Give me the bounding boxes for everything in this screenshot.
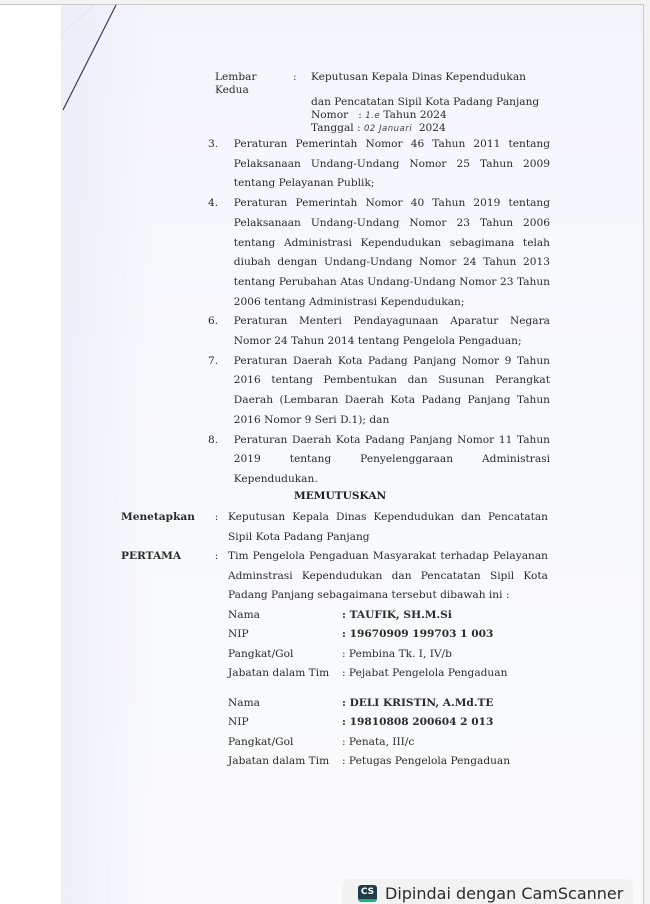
tanggal-handwritten: 02 Januari <box>364 124 412 134</box>
jabatan-label: Jabatan dalam Tim <box>228 664 342 683</box>
document-header: Lembar Kedua : Keputusan Kepala Dinas Ke… <box>215 71 543 136</box>
tanggal-year: 2024 <box>419 122 446 134</box>
memutuskan-heading: MEMUTUSKAN <box>294 490 386 502</box>
list-item: 3. Peraturan Pemerintah Nomor 46 Tahun 2… <box>205 135 550 194</box>
tanggal-label: Tanggal <box>311 122 354 134</box>
person-1: Nama: TAUFIK, SH.M.Si NIP: 19670909 1997… <box>228 606 548 683</box>
legal-basis-list: 3. Peraturan Pemerintah Nomor 46 Tahun 2… <box>205 135 550 490</box>
item-text: Peraturan Daerah Kota Padang Panjang Nom… <box>234 352 550 431</box>
nip-label: NIP <box>228 625 342 644</box>
jabatan-label: Jabatan dalam Tim <box>228 752 342 771</box>
nip-value: : 19670909 199703 1 003 <box>342 625 542 644</box>
nama-value: : DELI KRISTIN, A.Md.TE <box>342 694 542 713</box>
item-number: 6. <box>205 312 234 351</box>
nama-label: Nama <box>228 694 342 713</box>
list-item: 8. Peraturan Daerah Kota Padang Panjang … <box>205 431 550 490</box>
lembar-label: Lembar Kedua <box>215 71 293 96</box>
list-item: 7. Peraturan Daerah Kota Padang Panjang … <box>205 352 550 431</box>
keputusan-title-1: Keputusan Kepala Dinas Kependudukan <box>311 71 543 96</box>
item-number: 3. <box>205 135 234 194</box>
person-2: Nama: DELI KRISTIN, A.Md.TE NIP: 1981080… <box>228 694 548 771</box>
nip-label: NIP <box>228 713 342 732</box>
tanggal-line: Tanggal : 02 Januari 2024 <box>311 122 543 136</box>
pangkat-label: Pangkat/Gol <box>228 645 342 664</box>
pertama-colon: : <box>205 547 228 606</box>
jabatan-value: : Pejabat Pengelola Pengaduan <box>342 664 542 683</box>
menetapkan-colon: : <box>205 508 228 547</box>
lembar-colon: : <box>293 71 311 96</box>
item-number: 7. <box>205 352 234 431</box>
keputusan-title-2: dan Pencatatan Sipil Kota Padang Panjang <box>311 96 543 109</box>
nomor-line: Nomor : 1.e Tahun 2024 <box>311 109 543 123</box>
decision-block: Menetapkan : Keputusan Kepala Dinas Kepe… <box>121 508 551 606</box>
nama-label: Nama <box>228 606 342 625</box>
camscanner-logo-icon: CS <box>358 885 377 902</box>
camscanner-watermark: CS Dipindai dengan CamScanner <box>342 879 633 904</box>
item-text: Peraturan Pemerintah Nomor 46 Tahun 2011… <box>234 135 550 194</box>
list-item: 6. Peraturan Menteri Pendayagunaan Apara… <box>205 312 550 351</box>
nomor-colon: : <box>358 109 362 121</box>
tanggal-colon: : <box>357 122 361 134</box>
item-text: Peraturan Daerah Kota Padang Panjang Nom… <box>234 431 550 490</box>
nomor-tahun: Tahun 2024 <box>383 109 446 121</box>
jabatan-value: : Petugas Pengelola Pengaduan <box>342 752 542 771</box>
nomor-handwritten: 1.e <box>365 111 380 121</box>
nama-value: : TAUFIK, SH.M.Si <box>342 606 542 625</box>
nip-value: : 19810808 200604 2 013 <box>342 713 542 732</box>
menetapkan-label: Menetapkan <box>121 508 205 547</box>
nomor-label: Nomor <box>311 109 348 121</box>
paper-fold-line <box>61 5 121 115</box>
item-text: Peraturan Menteri Pendayagunaan Aparatur… <box>234 312 550 351</box>
pertama-text: Tim Pengelola Pengaduan Masyarakat terha… <box>228 547 548 606</box>
item-text: Peraturan Pemerintah Nomor 40 Tahun 2019… <box>234 194 550 312</box>
menetapkan-text: Keputusan Kepala Dinas Kependudukan dan … <box>228 508 548 547</box>
pertama-label: PERTAMA <box>121 547 205 606</box>
camscanner-label: Dipindai dengan CamScanner <box>385 884 623 903</box>
scan-shadow <box>61 5 151 904</box>
pangkat-value: : Penata, III/c <box>342 733 542 752</box>
pangkat-label: Pangkat/Gol <box>228 733 342 752</box>
menetapkan-row: Menetapkan : Keputusan Kepala Dinas Kepe… <box>121 508 551 547</box>
item-number: 8. <box>205 431 234 490</box>
pangkat-value: : Pembina Tk. I, IV/b <box>342 645 542 664</box>
list-item: 4. Peraturan Pemerintah Nomor 40 Tahun 2… <box>205 194 550 312</box>
pertama-row: PERTAMA : Tim Pengelola Pengaduan Masyar… <box>121 547 551 606</box>
item-number: 4. <box>205 194 234 312</box>
